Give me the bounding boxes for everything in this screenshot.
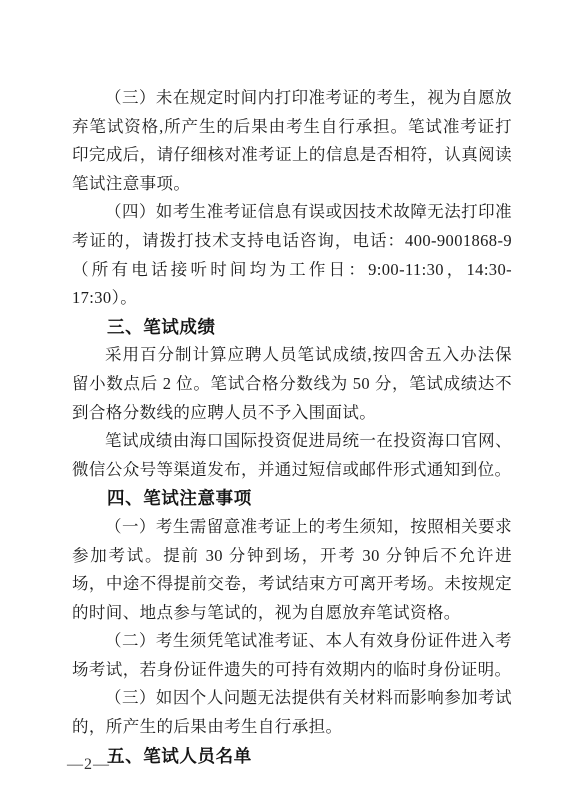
- paragraph-item4-support: （四）如考生准考证信息有误或因技术故障无法打印准考证的，请拨打技术支持电话咨询，…: [72, 198, 512, 312]
- paragraph-score-release: 笔试成绩由海口国际投资促进局统一在投资海口官网、微信公众号等渠道发布，并通过短信…: [72, 427, 512, 484]
- section-heading-namelist: 五、笔试人员名单: [72, 742, 512, 771]
- paragraph-item3-print: （三）未在规定时间内打印准考证的考生，视为自愿放弃笔试资格,所产生的后果由考生自…: [72, 84, 512, 198]
- document-page: （三）未在规定时间内打印准考证的考生，视为自愿放弃笔试资格,所产生的后果由考生自…: [0, 0, 575, 792]
- page-number: —2—: [67, 756, 110, 774]
- paragraph-note1-attend: （一）考生需留意准考证上的考生须知，按照相关要求参加考试。提前 30 分钟到场，…: [72, 513, 512, 627]
- document-body: （三）未在规定时间内打印准考证的考生，视为自愿放弃笔试资格,所产生的后果由考生自…: [72, 84, 512, 770]
- section-heading-scores: 三、笔试成绩: [72, 313, 512, 342]
- section-heading-notes: 四、笔试注意事项: [72, 484, 512, 513]
- paragraph-scoring-rule: 采用百分制计算应聘人员笔试成绩,按四舍五入办法保留小数点后 2 位。笔试合格分数…: [72, 341, 512, 427]
- paragraph-note2-id: （二）考生须凭笔试准考证、本人有效身份证件进入考场考试，若身份证件遗失的可持有效…: [72, 627, 512, 684]
- paragraph-note3-materials: （三）如因个人问题无法提供有关材料而影响参加考试的，所产生的后果由考生自行承担。: [72, 684, 512, 741]
